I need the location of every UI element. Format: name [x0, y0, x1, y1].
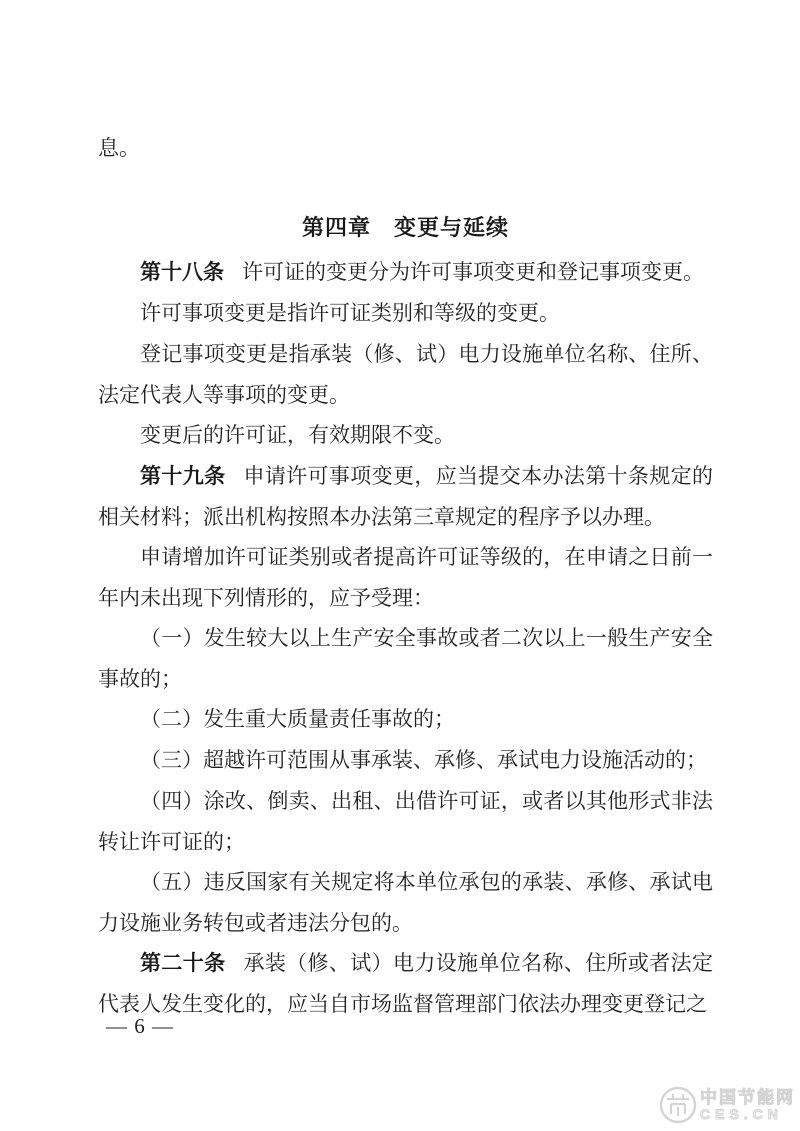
paragraph: 变更后的许可证，有效期限不变。 — [98, 415, 713, 456]
article-number: 第十八条 — [140, 261, 224, 284]
watermark-text: 中国节能网 CES.CN — [700, 1089, 795, 1122]
paragraph-text: 变更后的许可证，有效期限不变。 — [140, 423, 455, 447]
paragraph-text: （四）涂改、倒卖、出租、出借许可证，或者以其他形式非法转让许可证的； — [98, 789, 713, 854]
paragraph: （三）超越许可范围从事承装、承修、承试电力设施活动的； — [98, 740, 713, 781]
paragraph: 第十八条许可证的变更分为许可事项变更和登记事项变更。 — [98, 252, 713, 293]
ces-logo-icon — [658, 1085, 698, 1125]
paragraph-text: （二）发生重大质量责任事故的； — [140, 707, 455, 731]
watermark-site-domain: CES.CN — [700, 1107, 795, 1122]
paragraph: 登记事项变更是指承装（修、试）电力设施单位名称、住所、法定代表人等事项的变更。 — [98, 334, 713, 415]
paragraph-text: 申请增加许可证类别或者提高许可证等级的，在申请之日前一年内未出现下列情形的，应予… — [98, 545, 713, 610]
paragraph-text: 登记事项变更是指承装（修、试）电力设施单位名称、住所、法定代表人等事项的变更。 — [98, 342, 713, 407]
document-page: 息。 第四章 变更与延续 第十八条许可证的变更分为许可事项变更和登记事项变更。 … — [0, 0, 800, 1131]
document-body: 息。 第四章 变更与延续 第十八条许可证的变更分为许可事项变更和登记事项变更。 … — [98, 128, 713, 1024]
article-number: 第十九条 — [140, 465, 225, 488]
paragraph: （五）违反国家有关规定将本单位承包的承装、承修、承试电力设施业务转包或者违法分包… — [98, 862, 713, 943]
paragraph-text: （三）超越许可范围从事承装、承修、承试电力设施活动的； — [140, 748, 707, 772]
paragraph: （四）涂改、倒卖、出租、出借许可证，或者以其他形式非法转让许可证的； — [98, 781, 713, 862]
paragraph-text: （五）违反国家有关规定将本单位承包的承装、承修、承试电力设施业务转包或者违法分包… — [98, 870, 713, 935]
paragraph-text: 许可证的变更分为许可事项变更和登记事项变更。 — [242, 260, 704, 284]
paragraph: 申请增加许可证类别或者提高许可证等级的，在申请之日前一年内未出现下列情形的，应予… — [98, 537, 713, 618]
paragraph-text: （一）发生较大以上生产安全事故或者二次以上一般生产安全事故的； — [98, 626, 713, 691]
paragraphs-container: 第十八条许可证的变更分为许可事项变更和登记事项变更。 许可事项变更是指许可证类别… — [98, 252, 713, 1024]
paragraph: （一）发生较大以上生产安全事故或者二次以上一般生产安全事故的； — [98, 618, 713, 699]
chapter-heading: 第四章 变更与延续 — [98, 208, 713, 248]
watermark-site-name: 中国节能网 — [700, 1089, 795, 1107]
article-number: 第二十条 — [140, 952, 225, 975]
paragraph: 许可事项变更是指许可证类别和等级的变更。 — [98, 293, 713, 334]
page-number: — 6 — — [106, 1006, 174, 1046]
paragraph: （二）发生重大质量责任事故的； — [98, 699, 713, 740]
paragraph: 第二十条承装（修、试）电力设施单位名称、住所或者法定代表人发生变化的，应当自市场… — [98, 943, 713, 1024]
paragraph: 第十九条申请许可事项变更，应当提交本办法第十条规定的相关材料；派出机构按照本办法… — [98, 456, 713, 537]
watermark: 中国节能网 CES.CN — [658, 1085, 795, 1125]
paragraph-text: 许可事项变更是指许可证类别和等级的变更。 — [140, 301, 560, 325]
continuation-text: 息。 — [98, 128, 713, 168]
